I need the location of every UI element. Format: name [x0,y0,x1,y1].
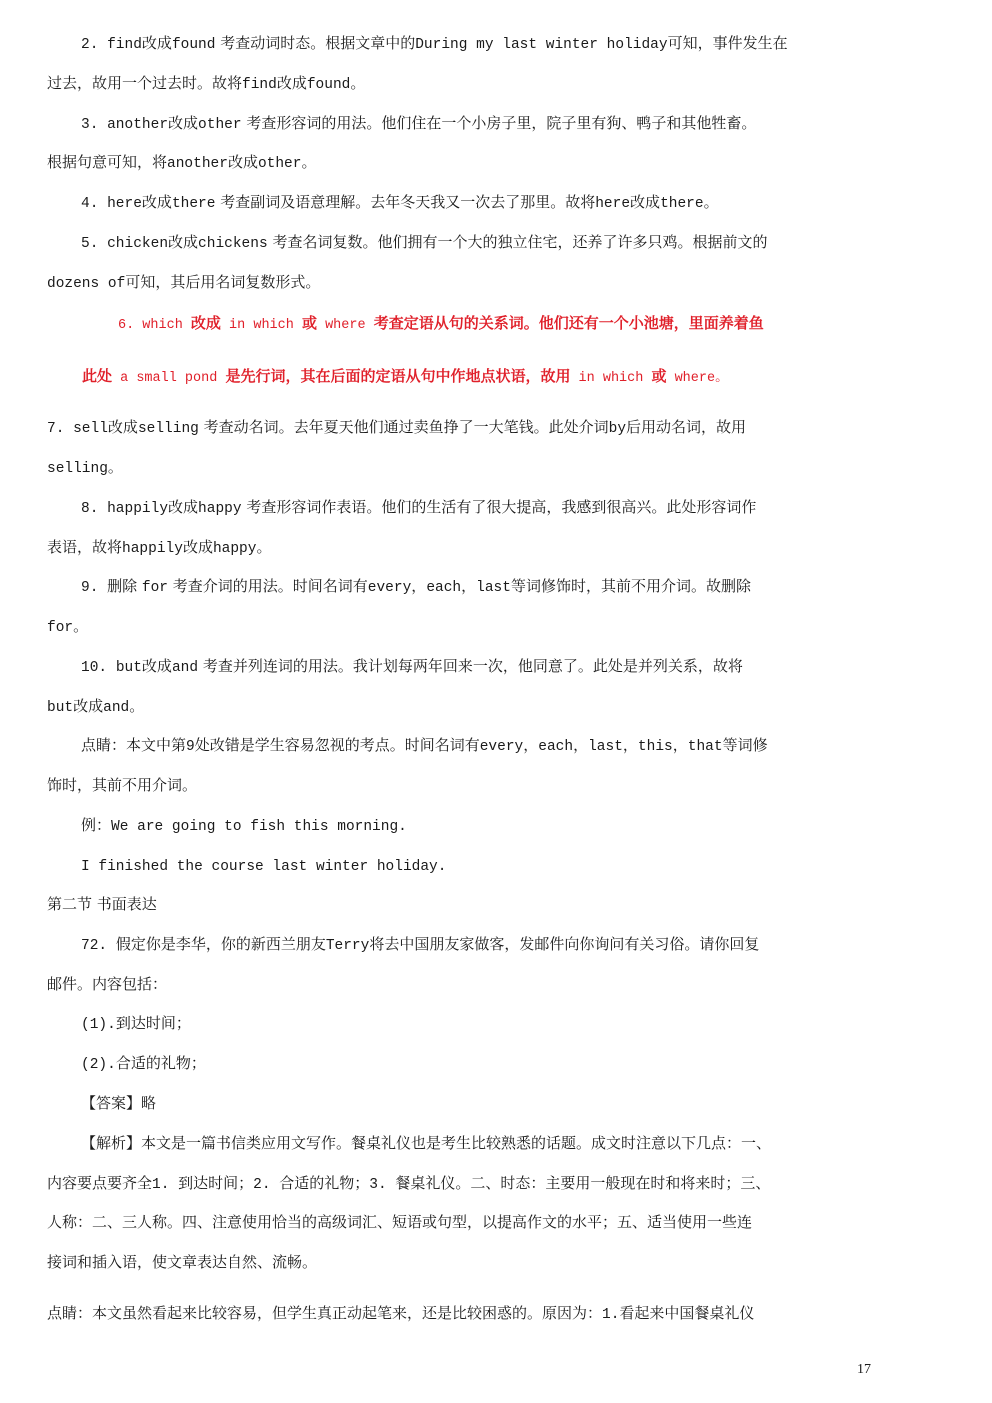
text-segment: for [47,620,73,636]
text-segment: (2). [81,1057,116,1073]
text-line: selling。 [47,457,123,479]
text-segment: 。 [350,74,365,92]
text-segment: ， [623,736,638,754]
text-segment: 考查形容词作表语。他们的生活有了很大提高，我感到很高兴。此处形容词作 [242,498,757,516]
text-segment: 10. [81,660,116,676]
text-line: 饰时，其前不用介词。 [47,775,197,795]
highlighted-segment: 改成 [191,314,221,332]
text-segment: 删除 [107,577,142,595]
text-segment: selling [138,421,199,437]
text-segment: 到达时间； [178,1174,253,1192]
text-segment: 考查并列连词的用法。我计划每两年回来一次，他同意了。此处是并列关系，故将 [198,657,743,675]
text-segment: 等词修饰时，其前不用介词。故删除 [511,577,751,595]
text-segment: I finished the course last winter holida… [81,859,446,875]
text-segment: each [426,580,461,596]
text-segment: 【答案】略 [81,1094,156,1112]
text-line: 7. sell改成selling 考查动名词。去年夏天他们通过卖鱼挣了一大笔钱。… [47,417,746,439]
text-line: 人称：二、三人称。四、注意使用恰当的高级词汇、短语或句型，以提高作文的水平；五、… [47,1212,752,1232]
highlighted-segment: 6. which [118,318,191,333]
text-segment: 改成 [228,153,258,171]
text-line: 表语，故将happily改成happy。 [47,537,271,559]
text-segment: dozens of [47,276,125,292]
highlighted-segment: a small pond [112,371,225,386]
text-segment: 4. [81,196,107,212]
text-segment: During my last winter holiday [415,37,667,53]
text-segment: 合适的礼物； [279,1174,369,1192]
highlighted-answer-line: 6. which 改成 in which 或 where 考查定语从句的关系词。… [118,313,764,336]
highlighted-segment: 考查定语从句的关系词。他们还有一个小池塘，里面养着鱼 [374,314,764,332]
text-line: 5. chicken改成chickens 考查名词复数。他们拥有一个大的独立住宅… [81,232,767,254]
text-segment: 3. [81,117,107,133]
text-segment: selling [47,461,108,477]
highlighted-segment: where [317,318,374,333]
text-segment: 根据句意可知，将 [47,153,167,171]
text-segment: 5. [81,236,107,252]
text-segment: 假定你是李华，你的新西兰朋友 [116,935,326,953]
text-segment: 表语，故将 [47,538,122,556]
text-segment: every [480,739,524,755]
text-segment: for [142,580,168,596]
text-segment: ， [573,736,588,754]
text-segment: 。 [704,193,719,211]
text-segment: happily [122,541,183,557]
highlighted-segment: in which [570,371,651,386]
text-line: 点睛：本文中第9处改错是学生容易忽视的考点。时间名词有every，each，la… [81,735,768,757]
text-segment: 可知，其后用名词复数形式。 [125,273,320,291]
text-segment: 改成 [168,233,198,251]
text-segment: 考查动名词。去年夏天他们通过卖鱼挣了一大笔钱。此处介词 [199,418,609,436]
text-segment: 改成 [142,34,172,52]
text-segment: chicken [107,236,168,252]
text-line: but改成and。 [47,696,144,718]
text-segment: 考查名词复数。他们拥有一个大的独立住宅，还养了许多只鸡。根据前文的 [268,233,768,251]
text-segment: happy [213,541,257,557]
text-segment: 餐桌礼仪。二、时态：主要用一般现在时和将来时；三、 [395,1174,770,1192]
text-segment: 改成 [142,193,172,211]
text-segment: 9. [81,580,107,596]
text-segment: 7. [47,421,73,437]
text-line: 例：We are going to fish this morning. [81,815,407,837]
text-segment: happy [198,501,242,517]
text-line: 接词和插入语，使文章表达自然、流畅。 [47,1252,317,1272]
highlighted-segment: 此处 [82,367,112,385]
text-segment: found [307,77,351,93]
text-segment: Terry [326,938,370,954]
highlighted-segment: 或 [651,367,666,385]
text-segment: 。 [256,538,271,556]
text-line: 72. 假定你是李华，你的新西兰朋友Terry将去中国朋友家做客，发邮件向你询问… [81,934,759,956]
text-segment: 邮件。内容包括： [47,975,167,993]
text-segment: here [107,196,142,212]
text-segment: 接词和插入语，使文章表达自然、流畅。 [47,1253,317,1271]
text-segment: chickens [198,236,268,252]
text-segment: (1). [81,1017,116,1033]
text-segment: find [242,77,277,93]
text-segment: 点睛：本文虽然看起来比较容易，但学生真正动起笔来，还是比较困惑的。原因为： [47,1304,602,1322]
text-segment: We are going to fish this morning. [111,819,407,835]
text-segment: 改成 [183,538,213,556]
text-line: 过去，故用一个过去时。故将find改成found。 [47,73,365,95]
text-segment: 考查副词及语意理解。去年冬天我又一次去了那里。故将 [215,193,595,211]
text-line: dozens of可知，其后用名词复数形式。 [47,272,320,294]
text-segment: by [609,421,626,437]
text-segment: 例： [81,816,111,834]
text-segment: 第二节 书面表达 [47,895,157,913]
text-line: 根据句意可知，将another改成other。 [47,152,316,174]
text-segment: 考查形容词的用法。他们住在一个小房子里，院子里有狗、鸭子和其他牲畜。 [242,114,757,132]
text-segment: 处改错是学生容易忽视的考点。时间名词有 [195,736,480,754]
text-line: 8. happily改成happy 考查形容词作表语。他们的生活有了很大提高，我… [81,497,756,519]
text-segment: and [103,700,129,716]
text-segment: and [172,660,198,676]
text-segment: but [47,700,73,716]
text-segment: 改成 [73,697,103,715]
text-line: 【解析】本文是一篇书信类应用文写作。餐桌礼仪也是考生比较熟悉的话题。成文时注意以… [81,1133,771,1153]
text-segment: 2. [253,1177,279,1193]
text-line: 内容要点要齐全1. 到达时间；2. 合适的礼物；3. 餐桌礼仪。二、时态：主要用… [47,1173,770,1195]
text-segment: happily [107,501,168,517]
text-segment: 改成 [142,657,172,675]
text-segment: 。 [108,458,123,476]
text-segment: 考查动词时态。根据文章中的 [215,34,415,52]
text-segment: 改成 [630,193,660,211]
text-segment: 72. [81,938,116,954]
text-segment: other [198,117,242,133]
text-segment: other [258,156,302,172]
text-segment: 1. [602,1307,619,1323]
text-line: 邮件。内容包括： [47,974,167,994]
text-line: 第二节 书面表达 [47,894,157,914]
highlighted-answer-line: 此处 a small pond 是先行词，其在后面的定语从句中作地点状语，故用 … [82,366,729,389]
highlighted-segment: 是先行词，其在后面的定语从句中作地点状语，故用 [225,367,570,385]
text-segment: that [688,739,723,755]
text-line: for。 [47,616,88,638]
text-line: 4. here改成there 考查副词及语意理解。去年冬天我又一次去了那里。故将… [81,192,719,214]
text-segment: there [172,196,216,212]
text-segment: 人称：二、三人称。四、注意使用恰当的高级词汇、短语或句型，以提高作文的水平；五、… [47,1213,752,1231]
text-segment: 1. [152,1177,178,1193]
text-segment: last [476,580,511,596]
text-segment: 后用动名词，故用 [626,418,746,436]
text-line: 【答案】略 [81,1093,156,1113]
text-segment: 改成 [108,418,138,436]
text-line: (2).合适的礼物； [81,1053,206,1075]
text-segment: 3. [369,1177,395,1193]
text-segment: ， [673,736,688,754]
text-line: 9. 删除 for 考查介词的用法。时间名词有every，each，last等词… [81,576,751,598]
text-segment: every [368,580,412,596]
text-segment: here [595,196,630,212]
text-line: 2. find改成found 考查动词时态。根据文章中的During my la… [81,33,788,55]
text-segment: 。 [73,617,88,635]
text-segment: another [107,117,168,133]
text-segment: 改成 [168,498,198,516]
text-segment: ， [461,577,476,595]
highlighted-segment: 或 [302,314,317,332]
text-segment: 2. [81,37,107,53]
text-segment: 8. [81,501,107,517]
text-segment: 等词修 [723,736,768,754]
page-number: 17 [857,1362,871,1378]
text-segment: 。 [301,153,316,171]
text-segment: 【解析】本文是一篇书信类应用文写作。餐桌礼仪也是考生比较熟悉的话题。成文时注意以… [81,1134,771,1152]
text-segment: found [172,37,216,53]
text-segment: ， [523,736,538,754]
text-segment: 改成 [168,114,198,132]
text-segment: last [588,739,623,755]
text-segment: another [167,156,228,172]
text-segment: 可知，事件发生在 [668,34,788,52]
text-segment: 合适的礼物； [116,1054,206,1072]
text-segment: this [638,739,673,755]
text-line: I finished the course last winter holida… [81,855,446,877]
text-segment: each [538,739,573,755]
text-segment: ， [411,577,426,595]
text-segment: but [116,660,142,676]
text-segment: 饰时，其前不用介词。 [47,776,197,794]
text-segment: 点睛：本文中第 [81,736,186,754]
text-segment: 将去中国朋友家做客，发邮件向你询问有关习俗。请你回复 [369,935,759,953]
text-segment: 改成 [277,74,307,92]
text-line: 3. another改成other 考查形容词的用法。他们住在一个小房子里，院子… [81,113,756,135]
text-segment: find [107,37,142,53]
text-segment: 到达时间； [116,1014,191,1032]
text-line: (1).到达时间； [81,1013,191,1035]
text-segment: 内容要点要齐全 [47,1174,152,1192]
text-segment: 考查介词的用法。时间名词有 [168,577,368,595]
highlighted-segment: where。 [666,371,728,386]
text-segment: 。 [129,697,144,715]
text-line: 10. but改成and 考查并列连词的用法。我计划每两年回来一次，他同意了。此… [81,656,743,678]
text-segment: sell [73,421,108,437]
text-segment: 9 [186,739,195,755]
highlighted-segment: in which [221,318,302,333]
text-segment: there [660,196,704,212]
text-line: 点睛：本文虽然看起来比较容易，但学生真正动起笔来，还是比较困惑的。原因为：1.看… [47,1303,754,1325]
text-segment: 过去，故用一个过去时。故将 [47,74,242,92]
text-segment: 看起来中国餐桌礼仪 [619,1304,754,1322]
